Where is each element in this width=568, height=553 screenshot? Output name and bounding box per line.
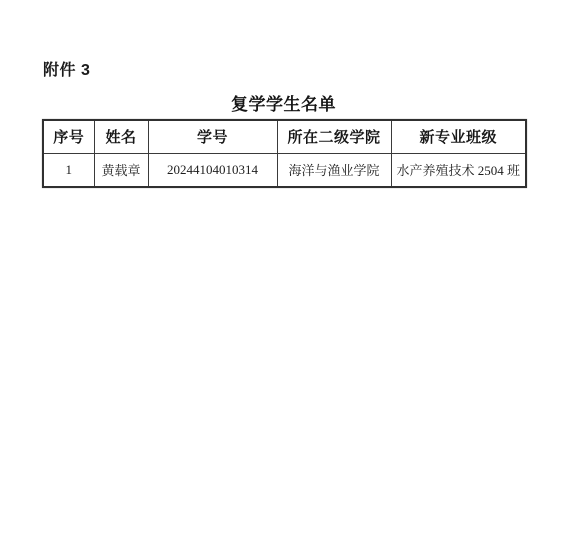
- cell-index: 1: [43, 153, 94, 187]
- student-roster-table: 序号 姓名 学号 所在二级学院 新专业班级 1 黄载章 202441040103…: [42, 119, 527, 188]
- header-cell-name: 姓名: [94, 120, 148, 153]
- header-cell-student-id: 学号: [148, 120, 277, 153]
- cell-new-class: 水产养殖技术 2504 班: [391, 153, 526, 187]
- attachment-label: 附件 3: [43, 57, 90, 80]
- header-cell-index: 序号: [43, 120, 94, 153]
- page-title: 复学学生名单: [42, 90, 525, 115]
- header-cell-college: 所在二级学院: [277, 120, 391, 153]
- header-cell-new-class: 新专业班级: [391, 120, 526, 153]
- cell-college: 海洋与渔业学院: [277, 153, 391, 187]
- document-page: 附件 3 复学学生名单 序号 姓名 学号 所在二级学院 新专业班级 1 黄载章 …: [0, 0, 568, 553]
- cell-student-id: 20244104010314: [148, 153, 277, 187]
- cell-name: 黄载章: [94, 153, 148, 187]
- table-row: 1 黄载章 20244104010314 海洋与渔业学院 水产养殖技术 2504…: [43, 153, 526, 187]
- table-header-row: 序号 姓名 学号 所在二级学院 新专业班级: [43, 120, 526, 153]
